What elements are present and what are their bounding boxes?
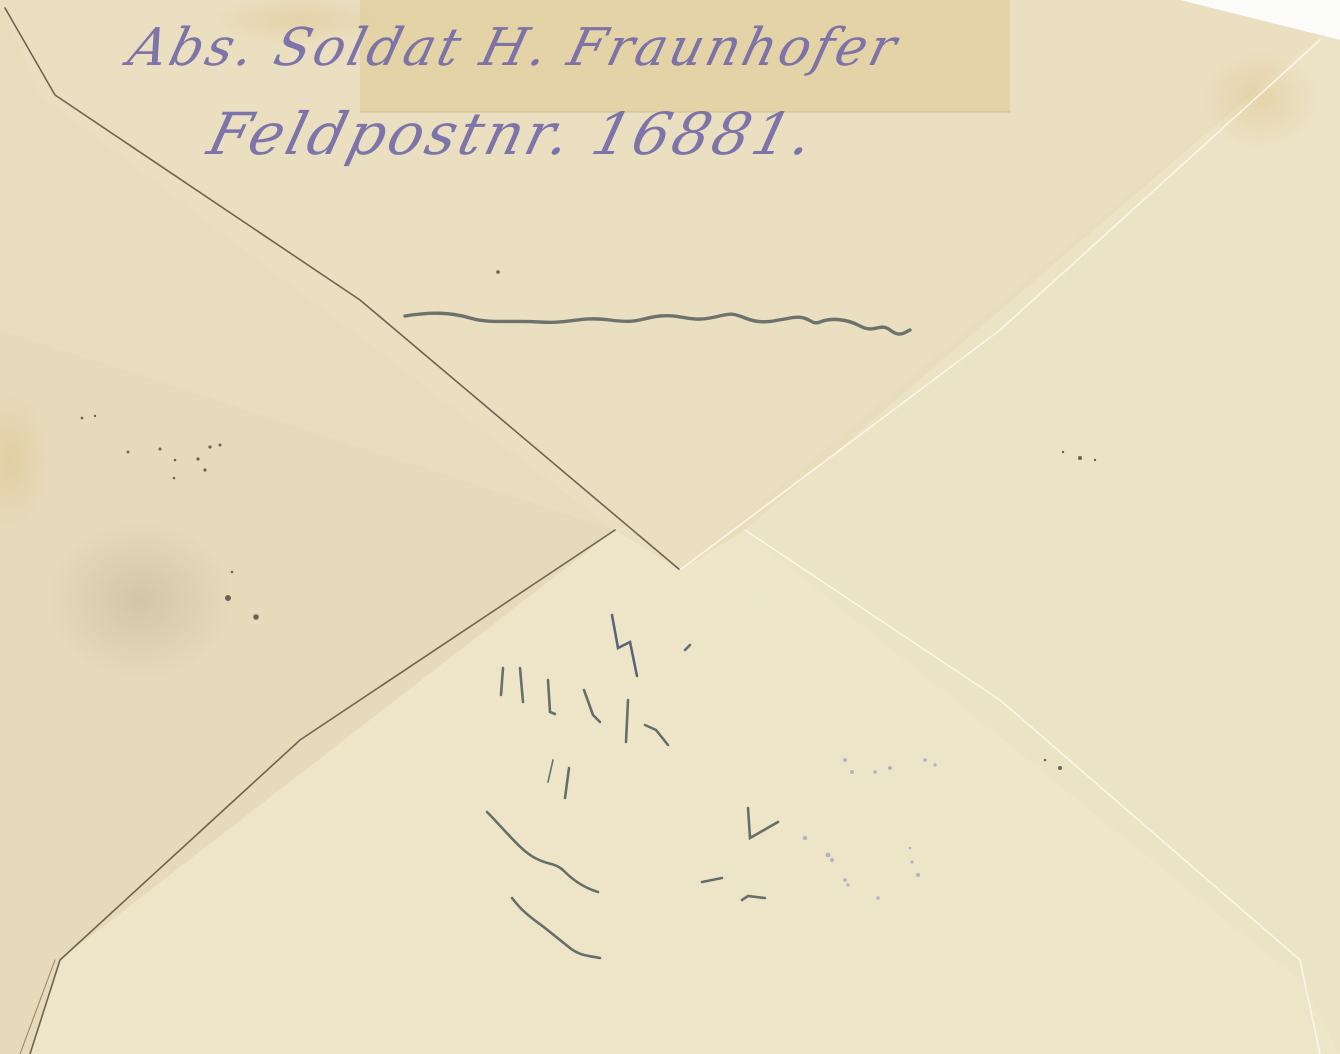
sender-address-line-2: Feldpostnr. 16881.	[202, 100, 824, 168]
sender-address-line-1: Abs. Soldat H. Fraunhofer	[123, 18, 906, 78]
